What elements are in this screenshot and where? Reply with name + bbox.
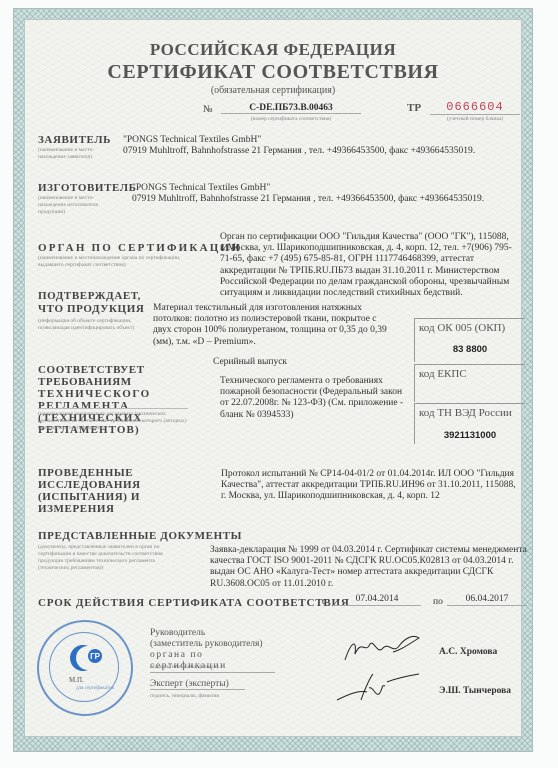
expert-name: Э.Ш. Тынчерова — [439, 686, 511, 696]
certification-body-text: Орган по сертификации ООО "Гильдия Качес… — [220, 232, 512, 299]
product-release: Серийный выпуск — [213, 357, 287, 368]
code-okp-box: код ОК 005 (ОКП) 83 8800 — [414, 318, 525, 362]
tests-text: Протокол испытаний № СР14-04-01/2 от 01.… — [221, 469, 521, 503]
applicant-caption: (наименование и место-нахождение заявите… — [38, 147, 108, 161]
applicant-label: ЗАЯВИТЕЛЬ — [38, 134, 111, 146]
blank-number-caption: (учетный номер бланка) — [430, 116, 520, 123]
product-text: Материал текстильный для изготовления на… — [153, 303, 393, 348]
applicant-name: "PONGS Technical Textiles GmbH" — [123, 135, 523, 146]
product-label: ПОДТВЕРЖДАЕТ, ЧТО ПРОДУКЦИЯ — [38, 290, 158, 316]
expert-signature-icon — [335, 670, 425, 704]
certification-body-caption: (наименование и местонахождение органа п… — [38, 255, 198, 269]
manufacturer-name: "PONGS Technical Textiles GmbH" — [132, 183, 532, 194]
country-heading: РОССИЙСКАЯ ФЕДЕРАЦИЯ — [25, 40, 521, 60]
regulations-label-line1: СООТВЕТСТВУЕТ ТРЕБОВАНИЯМ — [38, 364, 208, 388]
stamp-mp: М.П. — [69, 676, 84, 684]
head-signature-icon — [343, 632, 423, 664]
regulations-text: Технического регламента о требованиях по… — [220, 376, 412, 421]
certificate-title: СЕРТИФИКАТ СООТВЕТСТВИЯ — [25, 61, 521, 84]
svg-text:ГР: ГР — [90, 652, 101, 661]
head-title-line1: Руководитель — [150, 628, 275, 639]
certificate-number: C-DE.ПБ73.В.00463 — [221, 103, 361, 114]
code-ekps-label: код ЕКПС — [415, 365, 525, 383]
certification-stamp: ГР М.П. для сертификатов — [37, 620, 133, 716]
head-name: А.С. Хромова — [439, 647, 497, 657]
certification-body-label: ОРГАН ПО СЕРТИФИКАЦИИ — [38, 242, 242, 254]
code-tnved-value: 3921131000 — [415, 430, 525, 441]
manufacturer-address: 07919 Muhltroff, Bahnhofstrasse 21 Герма… — [132, 194, 532, 205]
documents-text: Заявка-декларация № 1999 от 04.03.2014 г… — [210, 545, 528, 590]
validity-from-prefix: с — [322, 597, 326, 608]
gost-r-logo-icon: ГР — [66, 642, 106, 674]
documents-caption: (документы, представленные заявителем в … — [38, 544, 183, 572]
certificate-body: РОССИЙСКАЯ ФЕДЕРАЦИЯ СЕРТИФИКАТ СООТВЕТС… — [24, 19, 522, 737]
tests-label-line1: ПРОВЕДЕННЫЕ ИССЛЕДОВАНИЯ — [38, 467, 218, 491]
product-caption: (информация об объекте сертификации, поз… — [38, 318, 150, 332]
regulations-caption: (наименование технического регламента (т… — [38, 408, 188, 432]
tests-label: ПРОВЕДЕННЫЕ ИССЛЕДОВАНИЯ (ИСПЫТАНИЯ) И И… — [38, 467, 218, 515]
certificate-subtitle: (обязательная сертификация) — [25, 85, 521, 96]
code-tnved-box: код ТН ВЭД России 3921131000 — [414, 403, 525, 444]
validity-from-date: 07.04.2014 — [333, 594, 421, 606]
applicant-address: 07919 Muhltroff, Bahnhofstrasse 21 Герма… — [123, 146, 523, 157]
manufacturer-label: ИЗГОТОВИТЕЛЬ — [38, 182, 136, 194]
code-ekps-box: код ЕКПС — [414, 364, 525, 402]
manufacturer-info: "PONGS Technical Textiles GmbH" 07919 Mu… — [132, 183, 532, 205]
validity-to-date: 06.04.2017 — [447, 594, 527, 606]
number-prefix: № — [203, 104, 213, 115]
code-okp-label: код ОК 005 (ОКП) — [415, 319, 525, 337]
head-caption: подпись, инициалы, фамилия — [150, 664, 219, 671]
blank-number: 0666604 — [430, 100, 520, 115]
documents-label: ПРЕДСТАВЛЕННЫЕ ДОКУМЕНТЫ — [38, 530, 242, 542]
applicant-info: "PONGS Technical Textiles GmbH" 07919 Mu… — [123, 135, 523, 157]
certificate-sheet: РОССИЙСКАЯ ФЕДЕРАЦИЯ СЕРТИФИКАТ СООТВЕТС… — [13, 8, 533, 752]
validity-to-prefix: по — [433, 597, 443, 608]
code-tnved-label: код ТН ВЭД России — [415, 404, 525, 422]
expert-label: Эксперт (эксперты) — [150, 679, 245, 690]
expert-caption: подпись, инициалы, фамилия — [150, 693, 219, 700]
code-okp-value: 83 8800 — [415, 344, 525, 355]
certificate-number-caption: (номер сертификата соответствия) — [221, 116, 361, 123]
tests-label-line2: (ИСПЫТАНИЯ) И ИЗМЕРЕНИЯ — [38, 491, 218, 515]
tr-label: ТР — [407, 103, 421, 114]
validity-label: СРОК ДЕЙСТВИЯ СЕРТИФИКАТА СООТВЕТСТВИЯ — [38, 597, 350, 609]
stamp-text: для сертификатов — [75, 686, 115, 691]
head-title-line2: (заместитель руководителя) — [150, 639, 275, 650]
manufacturer-caption: (наименование и место-нахождение изготов… — [38, 195, 113, 216]
